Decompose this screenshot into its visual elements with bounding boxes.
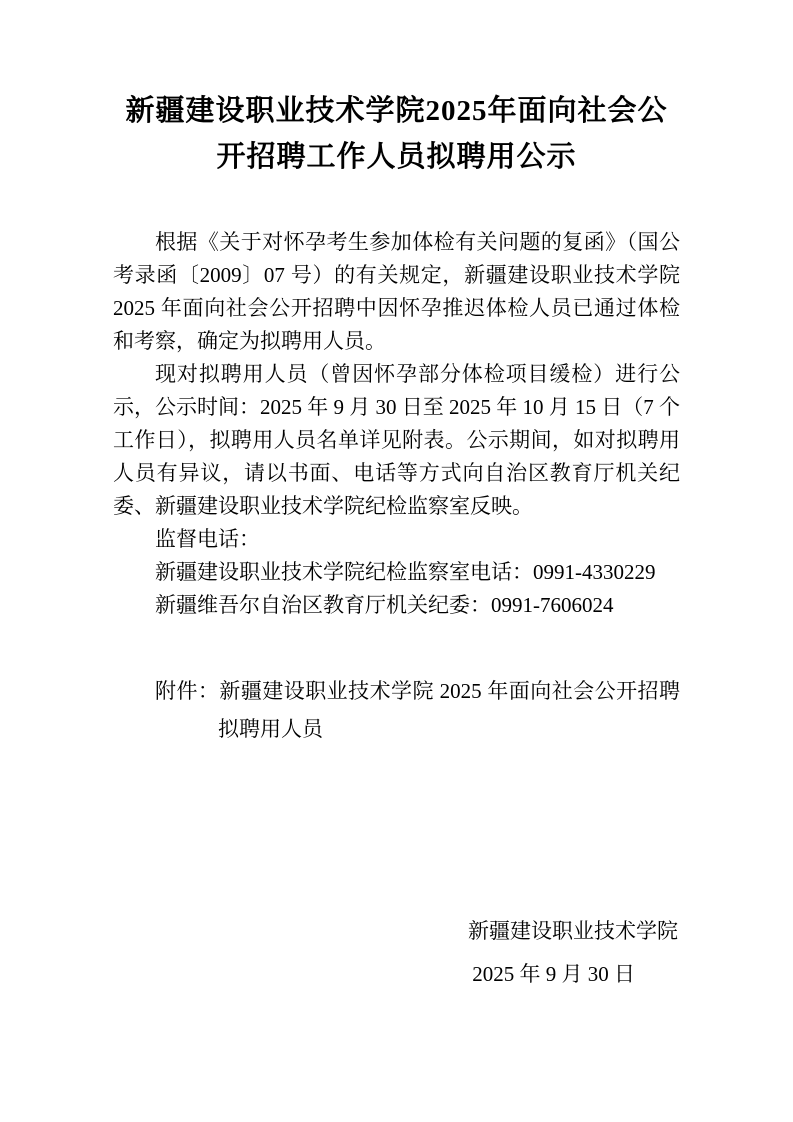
supervision-phone-college: 新疆建设职业技术学院纪检监察室电话：0991-4330229 <box>113 556 680 589</box>
document-page: 新疆建设职业技术学院2025年面向社会公开招聘工作人员拟聘用公示 根据《关于对怀… <box>0 0 793 1122</box>
attachment-text: 新疆建设职业技术学院 2025 年面向社会公开招聘拟聘用人员 <box>218 679 680 741</box>
signature-date: 2025 年 9 月 30 日 <box>113 958 680 991</box>
paragraph-basis: 根据《关于对怀孕考生参加体检有关问题的复函》（国公考录函〔2009〕07 号）的… <box>113 226 680 358</box>
document-title: 新疆建设职业技术学院2025年面向社会公开招聘工作人员拟聘用公示 <box>113 0 680 180</box>
paragraph-publicity: 现对拟聘用人员（曾因怀孕部分体检项目缓检）进行公示，公示时间：2025 年 9 … <box>113 358 680 523</box>
supervision-phone-heading: 监督电话： <box>113 523 680 556</box>
attachment-label: 附件： <box>155 679 219 703</box>
signature-block: 新疆建设职业技术学院 2025 年 9 月 30 日 <box>113 915 680 991</box>
attachment-note: 附件：新疆建设职业技术学院 2025 年面向社会公开招聘拟聘用人员 <box>113 672 680 748</box>
supervision-phone-education-dept: 新疆维吾尔自治区教育厅机关纪委：0991-7606024 <box>113 589 680 622</box>
signature-organization: 新疆建设职业技术学院 <box>113 915 680 948</box>
